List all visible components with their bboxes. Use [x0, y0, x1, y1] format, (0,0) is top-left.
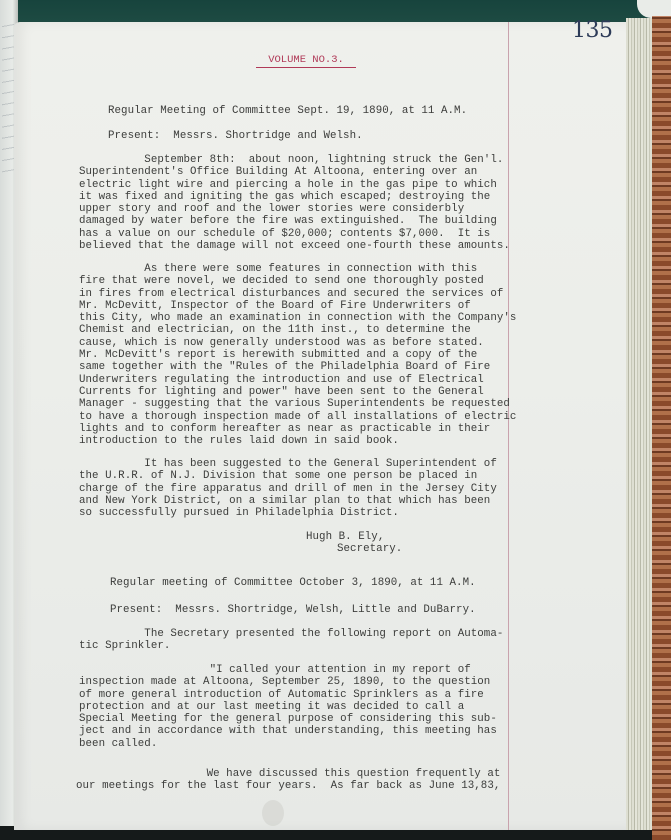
typed-line: charge of the fire apparatus and drill o…	[79, 483, 497, 495]
signature-name: Hugh B. Ely,	[306, 531, 384, 543]
typed-line: Special Meeting for the general purpose …	[79, 713, 497, 725]
typed-line: September 8th: about noon, lightning str…	[79, 154, 510, 166]
typed-line: Superintendent's Office Building At Alto…	[79, 166, 510, 178]
meeting1-present: Present: Messrs. Shortridge and Welsh.	[108, 130, 363, 142]
typed-line: Mr. McDevitt, Inspector of the Board of …	[79, 300, 516, 312]
typed-line: lights and to conform hereafter as near …	[79, 423, 516, 435]
typed-line: damaged by water before the fire was ext…	[79, 215, 510, 227]
meeting1-paragraph-3: It has been suggested to the General Sup…	[79, 458, 497, 519]
typed-line: same together with the "Rules of the Phi…	[79, 361, 516, 373]
typed-line: inspection made at Altoona, September 25…	[79, 676, 497, 688]
typed-line: Mr. McDevitt's report is herewith submit…	[79, 349, 516, 361]
typed-line: of more general introduction of Automati…	[79, 689, 497, 701]
meeting2-paragraph-2: "I called your attention in my report of…	[79, 664, 497, 750]
typed-line: our meetings for the last four years. As…	[76, 780, 500, 792]
signature-title: Secretary.	[337, 543, 402, 555]
typed-line: to have a thorough inspection made of al…	[79, 411, 516, 423]
volume-heading: VOLUME NO.3.	[256, 54, 356, 68]
meeting2-paragraph-3: We have discussed this question frequent…	[76, 768, 500, 793]
typed-line: cause, which is now generally understood…	[79, 337, 516, 349]
typed-line: so successfully pursued in Philadelphia …	[79, 507, 497, 519]
typed-line: We have discussed this question frequent…	[76, 768, 500, 780]
meeting2-paragraph-1: The Secretary presented the following re…	[79, 628, 503, 653]
typed-line: ject and in accordance with that underst…	[79, 725, 497, 737]
typed-line: Currents for lighting and power" have be…	[79, 386, 516, 398]
typed-line: fire that were novel, we decided to send…	[79, 275, 516, 287]
typed-line: the U.R.R. of N.J. Division that some on…	[79, 470, 497, 482]
typed-line: "I called your attention in my report of	[79, 664, 497, 676]
marbled-book-edge	[652, 16, 671, 840]
typed-line: It has been suggested to the General Sup…	[79, 458, 497, 470]
typed-line: Chemist and electrician, on the 11th ins…	[79, 324, 516, 336]
meeting1-paragraph-1: September 8th: about noon, lightning str…	[79, 154, 510, 252]
typed-line: been called.	[79, 738, 497, 750]
page-stack-edges	[626, 18, 652, 830]
meeting1-paragraph-2: As there were some features in connectio…	[79, 263, 516, 447]
page-number: 135	[572, 18, 613, 43]
page-smudge	[262, 800, 284, 826]
meeting2-heading: Regular meeting of Committee October 3, …	[110, 577, 476, 589]
typed-line: protection and at our last meeting it wa…	[79, 701, 497, 713]
typed-line: it was fixed and igniting the gas which …	[79, 191, 510, 203]
facing-page-handwriting	[2, 20, 14, 180]
typed-line: believed that the damage will not exceed…	[79, 240, 510, 252]
meeting2-present: Present: Messrs. Shortridge, Welsh, Litt…	[110, 604, 476, 616]
typed-line: and New York District, on a similar plan…	[79, 495, 497, 507]
typed-line: The Secretary presented the following re…	[79, 628, 503, 640]
typed-line: introduction to the rules laid down in s…	[79, 435, 516, 447]
typed-line: in fires from electrical disturbances an…	[79, 288, 516, 300]
typed-line: tic Sprinkler.	[79, 640, 503, 652]
typed-line: upper story and roof and the lower stori…	[79, 203, 510, 215]
typed-line: Underwriters regulating the introduction…	[79, 374, 516, 386]
typed-line: As there were some features in connectio…	[79, 263, 516, 275]
typed-line: has a value on our schedule of $20,000; …	[79, 228, 510, 240]
meeting1-heading: Regular Meeting of Committee Sept. 19, 1…	[108, 105, 467, 117]
typed-line: electric light wire and piercing a hole …	[79, 179, 510, 191]
typed-line: Manager - suggesting that the various Su…	[79, 398, 516, 410]
typed-line: this City, who made an examination in co…	[79, 312, 516, 324]
